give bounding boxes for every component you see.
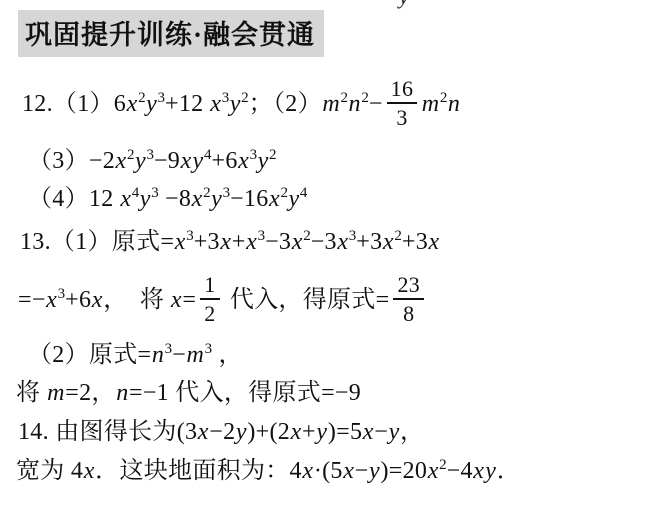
text-run: =2， [65,380,115,406]
page-title: 巩固提升训练·融会贯通 [18,10,324,57]
exponent: 3 [58,286,66,302]
text-run: +3 [356,229,382,255]
content-line: 13.（1）原式=x3+3x+x3−3x2−3x3+3x2+3x [20,223,440,261]
text-run: −3 [265,229,291,255]
text-run: （2）原式= [28,342,151,368]
content-line: 将 m=2，n=−1 代入，得原式=−9 [16,374,361,412]
text-run: ． [497,458,521,484]
math-variable: y [192,148,204,174]
text-run: ；（2） [249,91,322,117]
math-variable: x [473,458,485,484]
text-run: = [182,287,196,313]
math-variable: x [302,458,314,484]
exponent: 2 [280,185,288,201]
text-run: （3）−2 [28,148,115,174]
fraction: 238 [393,272,424,327]
math-variable: x [174,229,186,255]
exponent: 2 [341,90,349,106]
text-run: （4）12 [28,186,120,212]
content-line: =−x3+6x， 将 x=12 代入，得原式=238 [18,262,428,338]
text-run: 13.（1）原式= [20,229,174,255]
math-variable: x [290,419,302,445]
text-run: +3 [194,229,220,255]
math-variable: x [120,186,132,212]
math-variable: x [115,148,127,174]
math-variable: x [269,186,281,212]
math-variable: y [146,91,158,117]
math-variable: x [210,91,222,117]
exponent: 2 [439,457,447,473]
exponent: 3 [151,185,159,201]
exponent: 2 [303,228,311,244]
text-run: −3 [311,229,337,255]
exponent: 2 [361,90,369,106]
content-line: （3）−2x2y3−9xy4+6x3y2 [28,142,277,180]
fraction: 12 [200,272,219,327]
exponent: 4 [204,147,212,163]
math-variable: m [421,91,440,117]
math-variable: x [337,229,349,255]
exponent: 2 [241,90,249,106]
math-variable: x [197,419,209,445]
math-variable: y [235,419,247,445]
text-run: −9 [154,148,180,174]
text-run: 宽为 4 [16,458,83,484]
math-variable: y [388,419,400,445]
text-run: ， 将 [103,287,170,313]
text-run: − [374,419,388,445]
math-variable: n [348,91,361,117]
math-variable: x [427,458,439,484]
math-variable: y [229,91,241,117]
text-run: =− [18,287,46,313]
fraction-denominator: 2 [200,300,219,326]
fraction: 163 [387,76,418,131]
math-variable: x [428,229,440,255]
exponent: 2 [138,90,146,106]
math-variable: x [180,148,192,174]
exponent: 2 [127,147,135,163]
math-variable: x [382,229,394,255]
math-variable: x [191,186,203,212]
answer-sheet-page: y 巩固提升训练·融会贯通 12.（1）6x2y3+12 x3y2；（2）m2n… [0,0,659,506]
text-run: + [302,419,316,445]
math-variable: y [211,186,223,212]
math-variable: x [238,148,250,174]
text-run: +6 [65,287,91,313]
exponent: 3 [250,147,258,163]
exponent: 3 [223,185,231,201]
math-variable: y [288,186,300,212]
text-run: ．这块地面积为：4 [95,458,302,484]
exponent: 3 [146,147,154,163]
exponent: 2 [203,185,211,201]
math-variable: x [246,229,258,255]
text-run: ， [400,419,424,445]
fraction-denominator: 8 [393,300,424,326]
fraction-denominator: 3 [387,104,418,130]
math-variable: x [126,91,138,117]
text-run: −16 [230,186,268,212]
text-run: ·(5 [314,458,343,484]
math-variable: n [116,380,129,406]
math-variable: x [46,287,58,313]
text-run: − [369,91,383,117]
clipped-glyph-artifact: y [399,0,409,10]
text-run: 12.（1）6 [22,91,126,117]
math-variable: y [369,458,381,484]
text-run: − [355,458,369,484]
text-run: +6 [212,148,238,174]
text-run: −2 [209,419,235,445]
text-run: )=5 [328,419,362,445]
content-line: （4）12 x4y3 −8x2y3−16x2y4 [28,180,307,218]
math-variable: x [291,229,303,255]
content-line: 12.（1）6x2y3+12 x3y2；（2）m2n2−163m2n [22,68,461,140]
text-run: − [172,342,186,368]
exponent: 4 [300,185,308,201]
content-line: 宽为 4x．这块地面积为：4x·(5x−y)=20x2−4xy． [16,452,521,490]
content-line: 14. 由图得长为(3x−2y)+(2x+y)=5x−y， [18,413,424,451]
math-variable: n [151,342,164,368]
math-variable: x [91,287,103,313]
text-run: ， [212,342,243,368]
exponent: 3 [258,228,266,244]
math-variable: y [257,148,269,174]
math-variable: y [135,148,147,174]
math-variable: m [322,91,341,117]
exponent: 3 [158,90,166,106]
exponent: 3 [186,228,194,244]
text-run: +3 [402,229,428,255]
math-variable: x [170,287,182,313]
math-variable: x [220,229,232,255]
exponent: 2 [394,228,402,244]
text-run: )=20 [380,458,427,484]
math-variable: x [362,419,374,445]
fraction-numerator: 23 [393,272,424,300]
math-variable: m [186,342,205,368]
text-run: −8 [159,186,191,212]
math-variable: x [343,458,355,484]
math-variable: y [485,458,497,484]
fraction-numerator: 16 [387,76,418,104]
content-line: （2）原式=n3−m3 ， [28,336,243,374]
text-run: 代入，得原式= [224,287,390,313]
math-variable: y [139,186,151,212]
math-variable: x [83,458,95,484]
text-run: 将 [16,380,47,406]
text-run: −4 [447,458,473,484]
text-run: =−1 代入，得原式=−9 [129,380,361,406]
math-variable: m [47,380,66,406]
fraction-numerator: 1 [200,272,219,300]
text-run: + [232,229,246,255]
text-run: 14. 由图得长为(3 [18,419,197,445]
text-run: )+(2 [247,419,290,445]
math-variable: y [316,419,328,445]
math-variable: n [447,91,460,117]
text-run: +12 [165,91,210,117]
exponent: 2 [269,147,277,163]
